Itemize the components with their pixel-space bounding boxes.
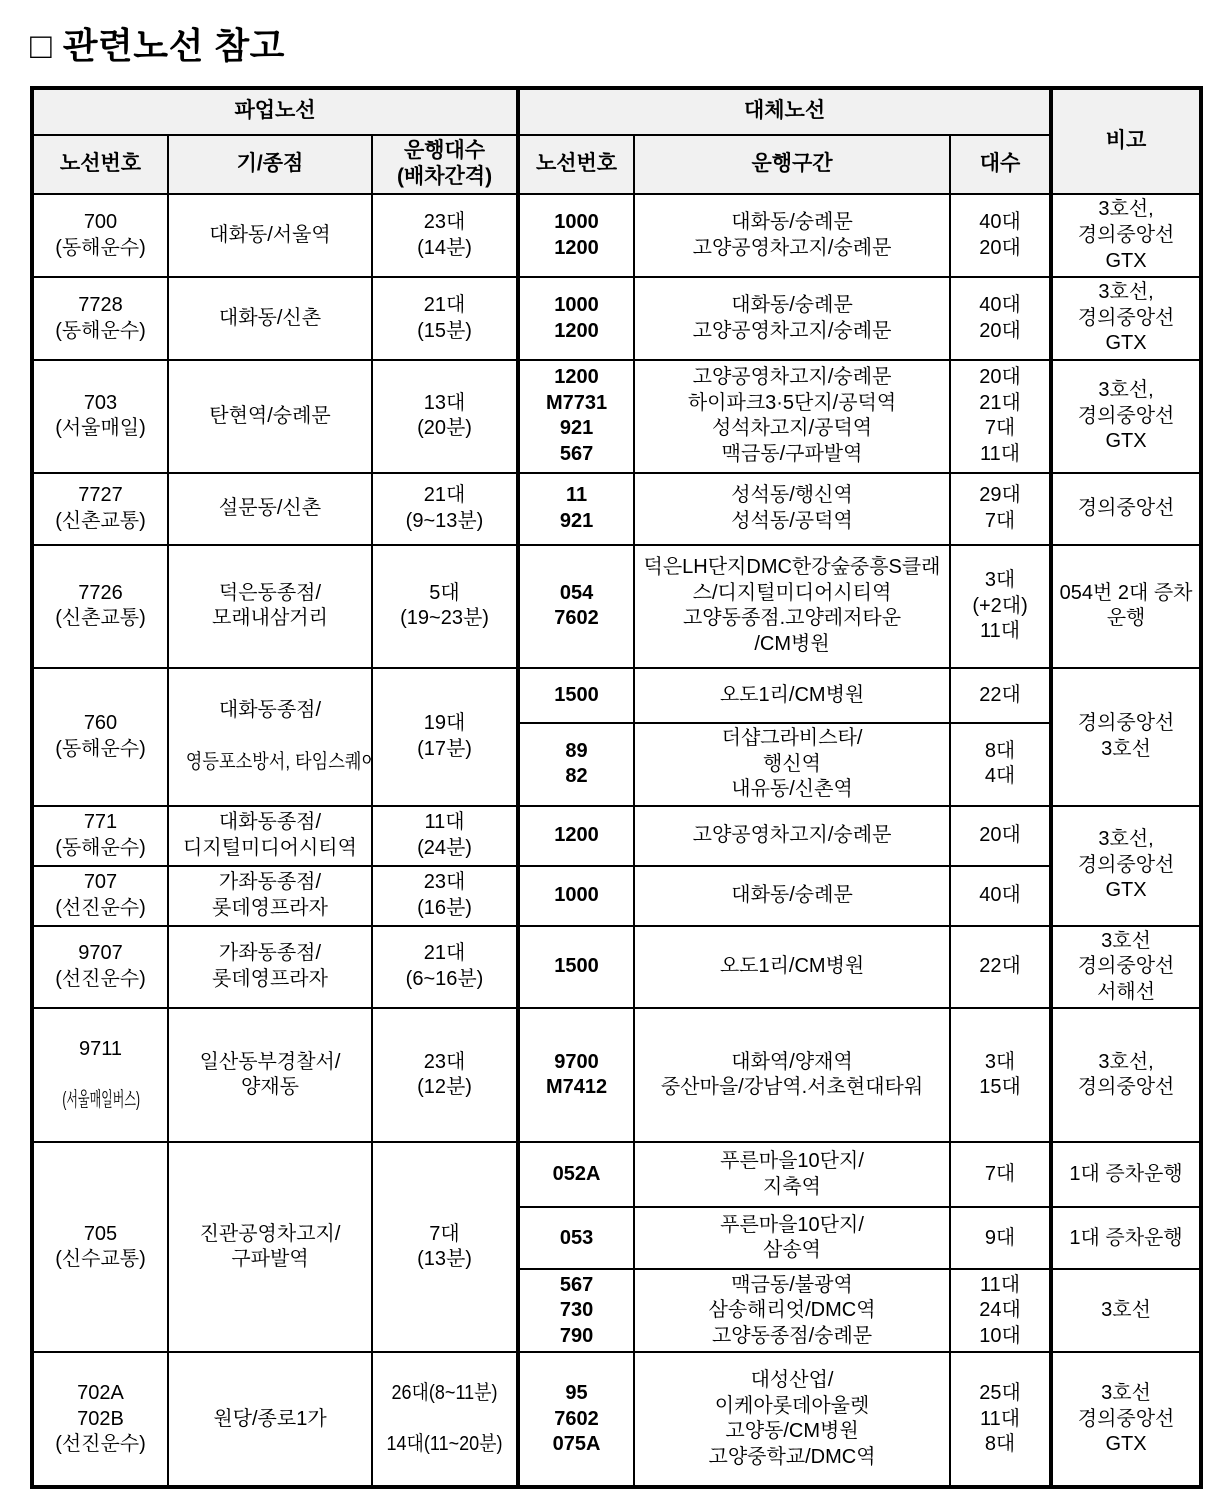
cell-strike-fleet: 13대 (20분)	[372, 360, 518, 473]
cell-strike-fleet: 26대(8~11분) 14대(11~20분)	[372, 1352, 518, 1487]
th-alt-count: 대수	[950, 135, 1051, 195]
cell-note: 1대 증차운행	[1051, 1207, 1201, 1269]
cell-strike-no: 760 (동해운수)	[32, 668, 168, 806]
cell-alt-count: 3대 (+2대) 11대	[950, 545, 1051, 668]
cell-alt-count: 22대	[950, 926, 1051, 1009]
cell-strike-end: 대화동종점/ 영등포소방서, 타임스퀘어	[168, 668, 372, 806]
cell-alt-section: 더샵그라비스타/ 행신역 내유동/신촌역	[634, 723, 950, 806]
cell-alt-section: 성석동/행신역 성석동/공덕역	[634, 473, 950, 545]
th-note: 비고	[1051, 88, 1201, 195]
cell-alt-no: 1000 1200	[518, 277, 634, 360]
cell-line: (서울매일버스)	[62, 1088, 138, 1114]
cell-alt-no: 1500	[518, 668, 634, 723]
th-strike-endpoints: 기/종점	[168, 135, 372, 195]
cell-strike-end: 가좌동종점/ 롯데영프라자	[168, 926, 372, 1009]
cell-strike-fleet: 23대 (12분)	[372, 1008, 518, 1142]
cell-note: 1대 증차운행	[1051, 1142, 1201, 1207]
cell-alt-count: 7대	[950, 1142, 1051, 1207]
cell-alt-section: 오도1리/CM병원	[634, 926, 950, 1009]
cell-strike-no: 7727 (신촌교통)	[32, 473, 168, 545]
cell-strike-no: 702A 702B (선진운수)	[32, 1352, 168, 1487]
cell-strike-fleet: 21대 (6~16분)	[372, 926, 518, 1009]
cell-strike-end: 원당/종로1가	[168, 1352, 372, 1487]
table-row: 705 (신수교통) 진관공영차고지/ 구파발역 7대 (13분) 052A 푸…	[32, 1142, 1201, 1207]
cell-alt-count: 22대	[950, 668, 1051, 723]
cell-note: 경의중앙선	[1051, 473, 1201, 545]
cell-line: 26대(8~11분)	[383, 1381, 506, 1407]
cell-strike-fleet: 21대 (15분)	[372, 277, 518, 360]
cell-note: 3호선, 경의중앙선	[1051, 1008, 1201, 1142]
cell-alt-count: 3대 15대	[950, 1008, 1051, 1142]
cell-alt-no: 054 7602	[518, 545, 634, 668]
cell-alt-no: 95 7602 075A	[518, 1352, 634, 1487]
cell-alt-count: 40대 20대	[950, 194, 1051, 277]
cell-alt-count: 40대	[950, 866, 1051, 926]
table-row: 771 (동해운수) 대화동종점/ 디지털미디어시티역 11대 (24분) 12…	[32, 806, 1201, 866]
cell-alt-section: 덕은LH단지DMC한강숲중흥S클래 스/디지털미디어시티역 고양동종점.고양레저…	[634, 545, 950, 668]
cell-line: 14대(11~20분)	[383, 1432, 506, 1458]
cell-alt-no: 11 921	[518, 473, 634, 545]
cell-alt-section: 오도1리/CM병원	[634, 668, 950, 723]
th-strike-group: 파업노선	[32, 88, 518, 135]
cell-alt-no: 567 730 790	[518, 1269, 634, 1352]
cell-alt-section: 푸른마을10단지/ 삼송역	[634, 1207, 950, 1269]
cell-strike-fleet: 19대 (17분)	[372, 668, 518, 806]
th-strike-route-no: 노선번호	[32, 135, 168, 195]
cell-strike-end: 대화동/신촌	[168, 277, 372, 360]
cell-line: 영등포소방서, 타임스퀘어	[186, 750, 355, 776]
cell-note: 3호선 경의중앙선 서해선	[1051, 926, 1201, 1009]
table-row: 707 (선진운수) 가좌동종점/ 롯데영프라자 23대 (16분) 1000 …	[32, 866, 1201, 926]
page-title: □ 관련노선 참고	[30, 26, 1199, 66]
cell-strike-end: 덕은동종점/ 모래내삼거리	[168, 545, 372, 668]
table-row: 7728 (동해운수) 대화동/신촌 21대 (15분) 1000 1200 대…	[32, 277, 1201, 360]
cell-strike-no: 771 (동해운수)	[32, 806, 168, 866]
cell-strike-end: 설문동/신촌	[168, 473, 372, 545]
cell-strike-fleet: 23대 (14분)	[372, 194, 518, 277]
cell-alt-no: 89 82	[518, 723, 634, 806]
cell-alt-count: 25대 11대 8대	[950, 1352, 1051, 1487]
cell-strike-no: 7726 (신촌교통)	[32, 545, 168, 668]
cell-alt-count: 20대	[950, 806, 1051, 866]
cell-strike-no: 700 (동해운수)	[32, 194, 168, 277]
cell-alt-section: 대화역/양재역 중산마을/강남역.서초현대타워	[634, 1008, 950, 1142]
routes-table: 파업노선 대체노선 비고 노선번호 기/종점 운행대수 (배차간격) 노선번호 …	[30, 86, 1203, 1489]
cell-alt-section: 대화동/숭례문 고양공영차고지/숭례문	[634, 194, 950, 277]
cell-strike-end: 가좌동종점/ 롯데영프라자	[168, 866, 372, 926]
cell-alt-section: 대성산업/ 이케아롯데아울렛 고양동/CM병원 고양중학교/DMC역	[634, 1352, 950, 1487]
cell-alt-no: 1200 M7731 921 567	[518, 360, 634, 473]
cell-strike-fleet: 11대 (24분)	[372, 806, 518, 866]
cell-alt-section: 맥금동/불광역 삼송해리엇/DMC역 고양동종점/숭례문	[634, 1269, 950, 1352]
cell-note: 3호선	[1051, 1269, 1201, 1352]
table-row: 700 (동해운수) 대화동/서울역 23대 (14분) 1000 1200 대…	[32, 194, 1201, 277]
cell-alt-section: 대화동/숭례문	[634, 866, 950, 926]
cell-alt-count: 11대 24대 10대	[950, 1269, 1051, 1352]
table-row: 760 (동해운수) 대화동종점/ 영등포소방서, 타임스퀘어 19대 (17분…	[32, 668, 1201, 723]
cell-strike-fleet: 21대 (9~13분)	[372, 473, 518, 545]
th-strike-fleet: 운행대수 (배차간격)	[372, 135, 518, 195]
cell-strike-end: 일산동부경찰서/ 양재동	[168, 1008, 372, 1142]
cell-alt-section: 푸른마을10단지/ 지축역	[634, 1142, 950, 1207]
th-alt-section: 운행구간	[634, 135, 950, 195]
cell-strike-end: 대화동/서울역	[168, 194, 372, 277]
cell-alt-count: 8대 4대	[950, 723, 1051, 806]
table-row: 703 (서울매일) 탄현역/숭례문 13대 (20분) 1200 M7731 …	[32, 360, 1201, 473]
cell-alt-no: 1500	[518, 926, 634, 1009]
cell-alt-no: 1000	[518, 866, 634, 926]
cell-alt-no: 052A	[518, 1142, 634, 1207]
cell-strike-no: 9711 (서울매일버스)	[32, 1008, 168, 1142]
table-row: 9707 (선진운수) 가좌동종점/ 롯데영프라자 21대 (6~16분) 15…	[32, 926, 1201, 1009]
cell-note: 054번 2대 증차 운행	[1051, 545, 1201, 668]
cell-strike-no: 9707 (선진운수)	[32, 926, 168, 1009]
th-alt-route-no: 노선번호	[518, 135, 634, 195]
table-row: 7727 (신촌교통) 설문동/신촌 21대 (9~13분) 11 921 성석…	[32, 473, 1201, 545]
cell-strike-fleet: 23대 (16분)	[372, 866, 518, 926]
document-page: □ 관련노선 참고 파업노선 대체노선 비고 노선번호 기/종점 운행대수 (배…	[0, 0, 1229, 1489]
cell-line: 대화동종점/	[172, 698, 368, 724]
cell-alt-section: 대화동/숭례문 고양공영차고지/숭례문	[634, 277, 950, 360]
cell-alt-no: 1200	[518, 806, 634, 866]
cell-note: 경의중앙선 3호선	[1051, 668, 1201, 806]
cell-alt-count: 40대 20대	[950, 277, 1051, 360]
table-row: 9711 (서울매일버스) 일산동부경찰서/ 양재동 23대 (12분) 970…	[32, 1008, 1201, 1142]
th-alt-group: 대체노선	[518, 88, 1051, 135]
cell-strike-no: 7728 (동해운수)	[32, 277, 168, 360]
cell-strike-end: 탄현역/숭례문	[168, 360, 372, 473]
cell-strike-end: 대화동종점/ 디지털미디어시티역	[168, 806, 372, 866]
cell-line: 9711	[37, 1037, 164, 1063]
cell-note: 3호선, 경의중앙선 GTX	[1051, 277, 1201, 360]
cell-alt-no: 053	[518, 1207, 634, 1269]
cell-strike-fleet: 5대 (19~23분)	[372, 545, 518, 668]
cell-alt-no: 1000 1200	[518, 194, 634, 277]
cell-alt-count: 29대 7대	[950, 473, 1051, 545]
cell-alt-count: 20대 21대 7대 11대	[950, 360, 1051, 473]
cell-strike-no: 705 (신수교통)	[32, 1142, 168, 1352]
cell-strike-end: 진관공영차고지/ 구파발역	[168, 1142, 372, 1352]
cell-strike-no: 703 (서울매일)	[32, 360, 168, 473]
cell-note: 3호선 경의중앙선 GTX	[1051, 1352, 1201, 1487]
cell-alt-no: 9700 M7412	[518, 1008, 634, 1142]
table-row: 7726 (신촌교통) 덕은동종점/ 모래내삼거리 5대 (19~23분) 05…	[32, 545, 1201, 668]
cell-alt-section: 고양공영차고지/숭례문	[634, 806, 950, 866]
cell-strike-fleet: 7대 (13분)	[372, 1142, 518, 1352]
cell-note: 3호선, 경의중앙선 GTX	[1051, 806, 1201, 926]
cell-note: 3호선, 경의중앙선 GTX	[1051, 194, 1201, 277]
cell-alt-section: 고양공영차고지/숭례문 하이파크3·5단지/공덕역 성석차고지/공덕역 맥금동/…	[634, 360, 950, 473]
table-row: 702A 702B (선진운수) 원당/종로1가 26대(8~11분) 14대(…	[32, 1352, 1201, 1487]
cell-strike-no: 707 (선진운수)	[32, 866, 168, 926]
cell-note: 3호선, 경의중앙선 GTX	[1051, 360, 1201, 473]
cell-alt-count: 9대	[950, 1207, 1051, 1269]
